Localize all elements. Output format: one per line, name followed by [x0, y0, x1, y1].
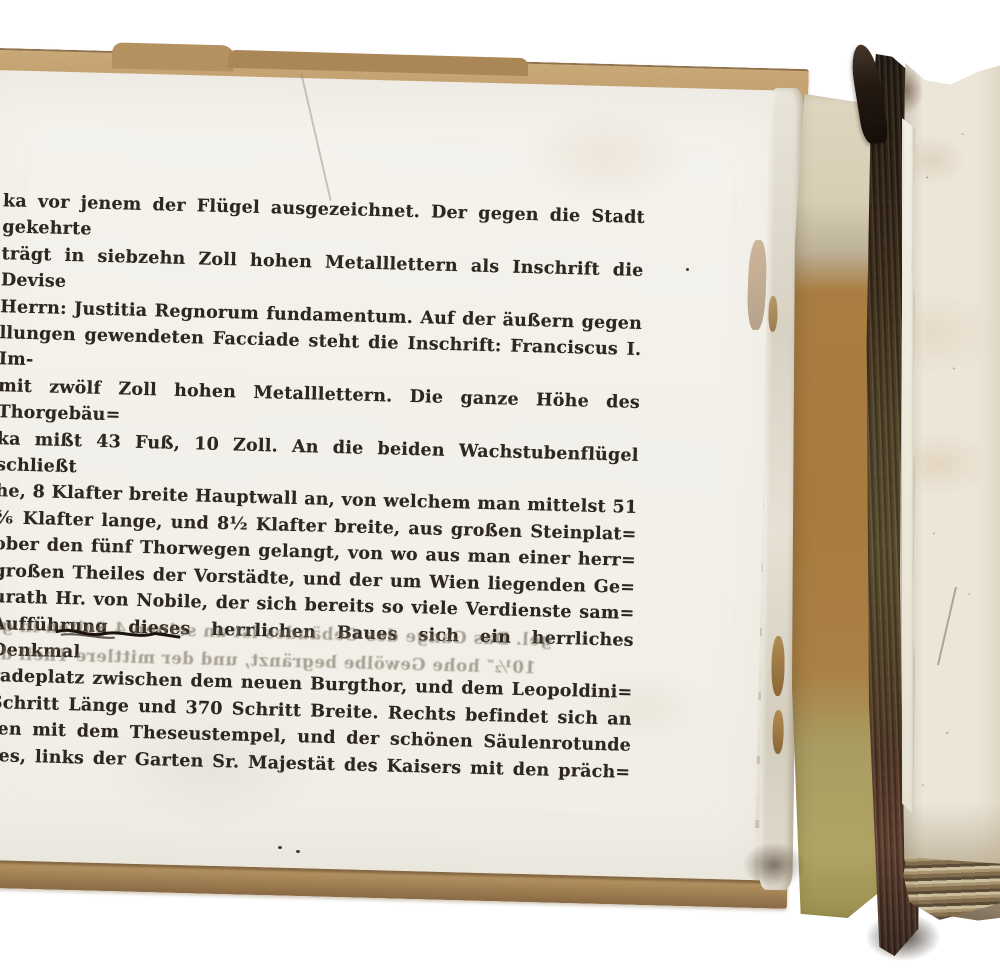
open-book-photo: ka vor jenem der Flügel ausgezeichnet. D…: [0, 0, 1000, 976]
binding-hole: [768, 296, 778, 332]
paper-speck: [278, 846, 282, 849]
page-text-block: ka vor jenem der Flügel ausgezeichnet. D…: [0, 188, 645, 786]
cover-board-tab: [112, 42, 235, 71]
gutter-shadow: [742, 842, 806, 888]
paper-speck: [686, 268, 689, 271]
left-book-page: ka vor jenem der Flügel ausgezeichnet. D…: [0, 69, 798, 880]
binding-hole: [771, 636, 785, 696]
binding-hole: [772, 710, 784, 754]
paper-speck: [296, 850, 300, 853]
